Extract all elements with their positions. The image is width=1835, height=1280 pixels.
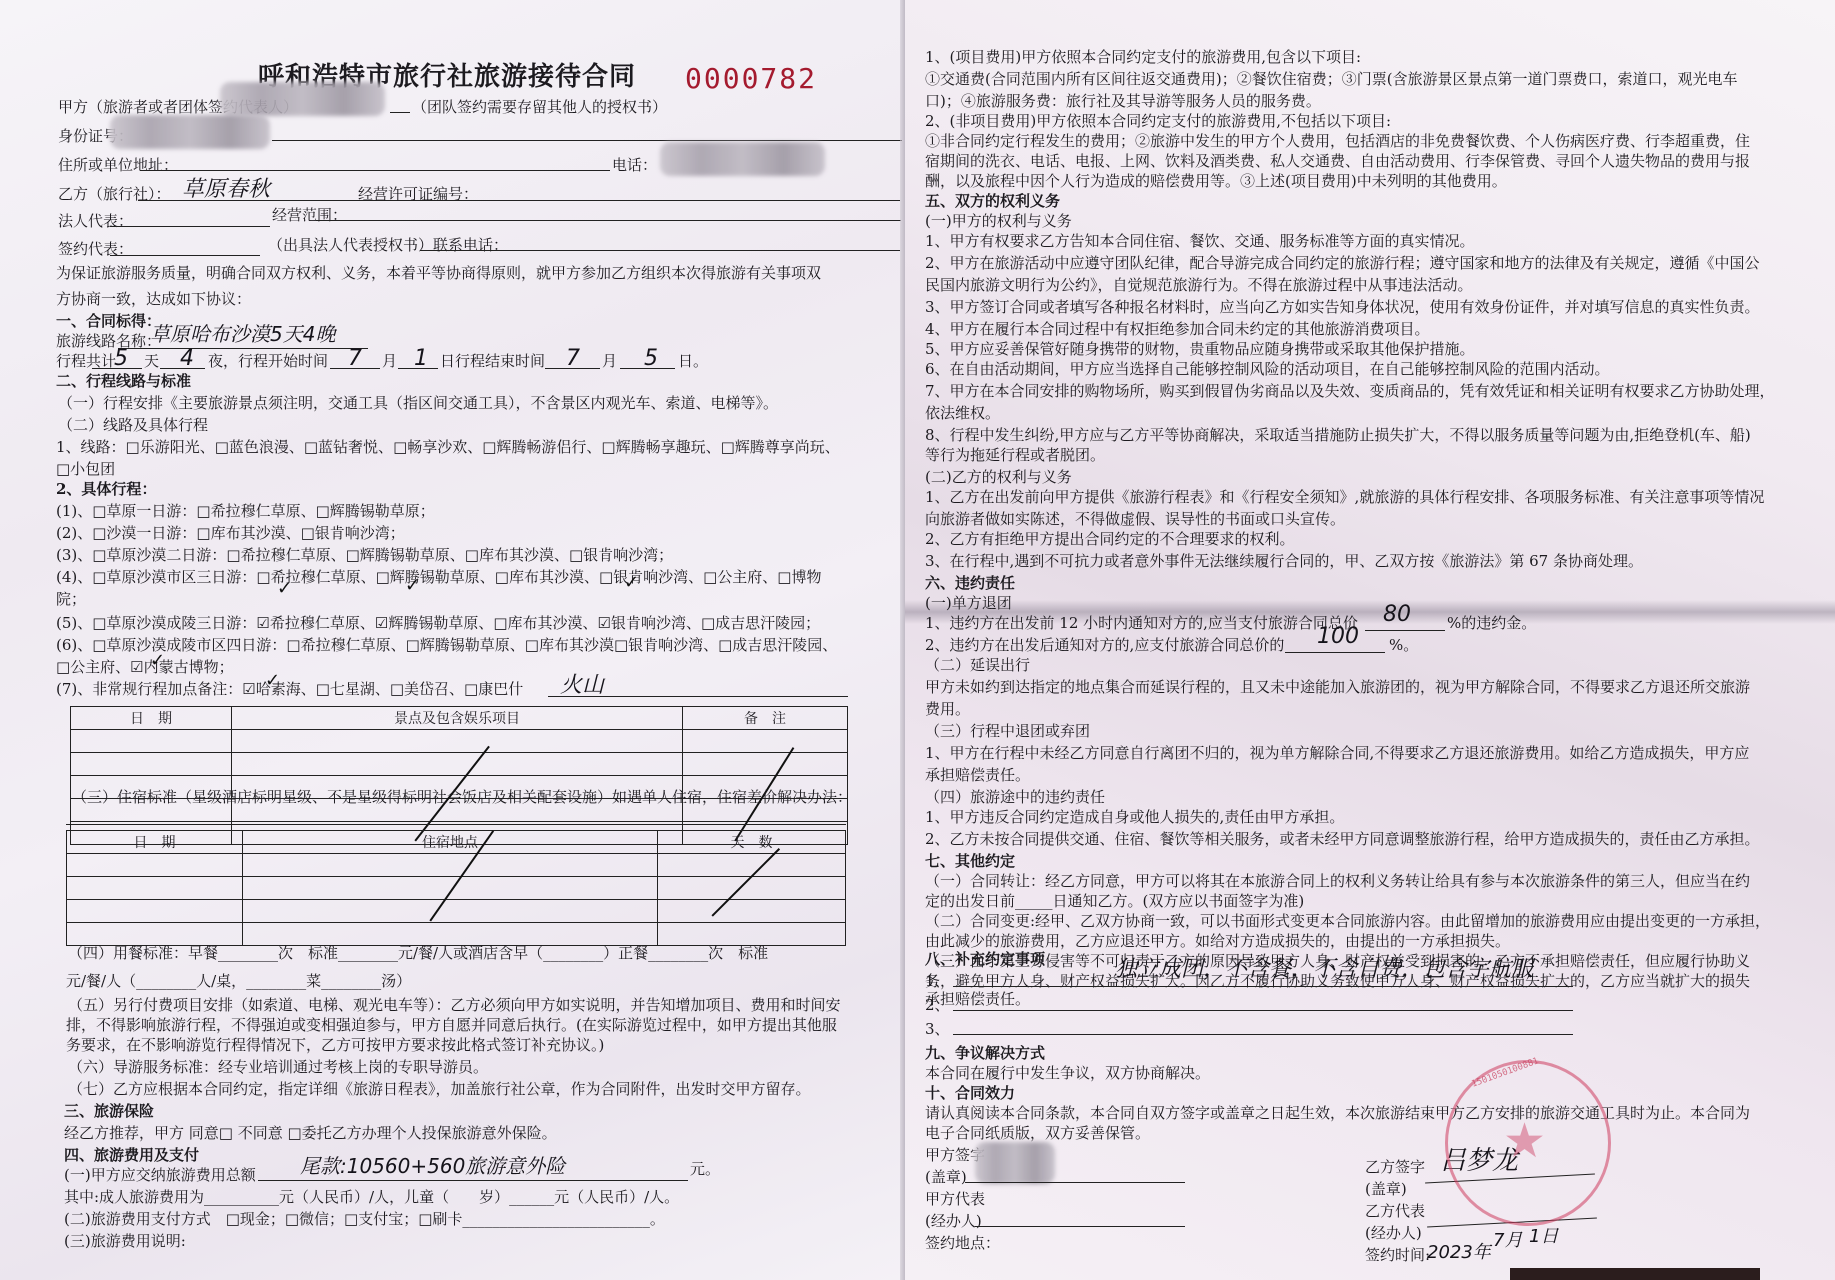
phone-label: 电话： (612, 156, 657, 175)
sign-date-day: 1日 (1529, 1222, 1558, 1248)
col-date: 日 期 (67, 831, 243, 854)
end-month: 7 (566, 346, 580, 371)
scope-field[interactable] (316, 220, 901, 221)
license-field[interactable] (440, 200, 900, 201)
itinerary-item: (1)、□草原一日游：□希拉穆仁草原、□辉腾锡勒草原； (56, 502, 435, 521)
extra-fee-line-2: 排，不得影响旅游行程，不得强迫或变相强迫参与，甲方自愿并同意后执行。(在实际游览… (66, 1016, 837, 1035)
contact-phone-field[interactable] (420, 250, 900, 251)
itinerary-item: (6)、□草原沙漠成陵市区四日游：□希拉穆仁草原、□辉腾锡勒草原、□库布其沙漠□… (56, 636, 837, 655)
dispute-text: 本合同在履行中发生争议，双方协商解决。 (925, 1064, 1210, 1083)
col-attractions: 景点及包含娱乐项目 (232, 707, 683, 730)
sign-b-date-label: 签约时间: (1365, 1246, 1430, 1265)
section-2-heading: 二、行程线路与标准 (56, 372, 191, 391)
end-label: 日行程结束时间 (440, 352, 545, 371)
address-label: 住所或单位地址： (58, 156, 178, 175)
meals-line-1: （四）用餐标准：早餐________次 标准________元/餐/人或酒店含早… (68, 944, 768, 963)
meals-line-2: 元/餐/人（________人/桌，________菜________汤） (66, 972, 411, 991)
sign-a-place-label: 签约地点： (925, 1234, 1000, 1253)
section-8-heading: 八、补充约定事项 (925, 950, 1045, 969)
extra-fee-line-1: （五）另行付费项目安排（如索道、电梯、观光电车等）：乙方必须向甲方如实说明，并告… (68, 996, 841, 1015)
legal-rep-field[interactable] (110, 226, 270, 227)
total-fee-field[interactable] (258, 1180, 688, 1181)
check-mark-icon: ✓ (624, 572, 639, 593)
sign-b-signature-label: 乙方签字 (1365, 1158, 1425, 1177)
address-field[interactable] (140, 170, 610, 171)
days-value: 5 (114, 346, 128, 371)
routes-line-2: □小包团 (56, 460, 115, 479)
nights-unit: 夜，行程开始时间 (208, 352, 328, 371)
routes-line-1: 1、线路：□乐游阳光、□蓝色浪漫、□蓝钻奢悦、□畅享沙欢、□辉腾畅游侣行、□辉腾… (56, 438, 840, 457)
start-month-unit: 月 (382, 352, 397, 371)
check-mark-icon: ✓ (405, 575, 420, 596)
start-day: 1 (414, 346, 428, 371)
background-object (1510, 1268, 1760, 1280)
license-label: 经营许可证编号： (358, 185, 478, 204)
route-field[interactable] (118, 348, 368, 349)
check-mark-icon: ✓ (265, 670, 280, 691)
fee-notes: (三)旅游费用说明: (64, 1232, 186, 1251)
section-2-sub-2: （二）线路及具体行程 (58, 416, 208, 435)
col-location: 住宿地点 (243, 831, 658, 854)
party-a-note: （团队签约需要存留其他人的授权书） (412, 98, 667, 117)
sign-a-handler-field[interactable] (975, 1226, 1185, 1227)
supplement-label-3: 3、 (925, 1020, 950, 1039)
validity-text-1: 请认真阅读本合同条款，本合同自双方签字或盖章之日起生效，本次旅游结束甲方乙方安排… (925, 1104, 1750, 1123)
end-day: 5 (644, 346, 658, 371)
supplement-label-2: 2、 (925, 996, 950, 1015)
sign-date-month: 7月 (1493, 1226, 1522, 1252)
start-month: 7 (348, 346, 362, 371)
supplement-field-3[interactable] (953, 1034, 1573, 1035)
guide-standard: （六）导游服务标准：经专业培训通过考核上岗的专职导游员。 (68, 1058, 488, 1077)
lodging-field[interactable] (66, 824, 846, 825)
sign-a-seal-label: (盖章) (925, 1168, 967, 1187)
sign-date-year: 2023年 (1427, 1238, 1491, 1264)
section-4-heading: 四、旅游费用及支付 (64, 1146, 199, 1165)
check-mark-icon: ✓ (150, 650, 165, 671)
end-day-unit: 日。 (678, 352, 708, 371)
itinerary-item: (5)、□草原沙漠成陵三日游：☑希拉穆仁草原、☑辉腾锡勒草原、□库布其沙漠、☑银… (56, 614, 820, 633)
id-field[interactable] (272, 140, 902, 141)
contract-page-right-final: 八、补充约定事项 1、 独立成团，不含餐，不含自费，包含宇航服 2、 3、 九、… (905, 0, 1835, 1280)
sign-b-handler-label: (经办人) (1365, 1224, 1422, 1243)
itinerary-item: (3)、□草原沙漠二日游：□希拉穆仁草原、□辉腾锡勒草原、□库布其沙漠、□银肯响… (56, 546, 673, 565)
col-nights: 天 数 (658, 831, 846, 854)
itinerary-item: (7)、非常规行程加点备注：☑哈素海、□七星湖、□美岱召、□康巴什 (56, 680, 523, 699)
serial-number: 0000782 (685, 62, 817, 95)
party-b-value: 草原春秋 (182, 172, 270, 203)
validity-text-2: 电子合同纸质版，双方妥善保管。 (925, 1124, 1150, 1143)
end-month-unit: 月 (602, 352, 617, 371)
total-fee-value: 尾款:10560+560旅游意外险 (300, 1150, 565, 1179)
section-10-heading: 十、合同效力 (925, 1084, 1015, 1103)
section-2-sub-1: （一）行程安排《主要旅游景点须注明，交通工具（指区间交通工具），不含景区内观光车… (58, 394, 778, 413)
itinerary-item: (4)、□草原沙漠市区三日游：□希拉穆仁草原、□辉腾锡勒草原、□库布其沙漠、□银… (56, 568, 821, 587)
sign-a-seal-field[interactable] (965, 1182, 1185, 1183)
col-remarks: 备 注 (683, 707, 848, 730)
sign-b-seal-label: (盖章) (1365, 1180, 1407, 1199)
check-mark-icon: ✓ (277, 578, 292, 599)
schedule-note: （七）乙方应根据本合同约定，指定详细《旅游日程表》，加盖旅行社公章，作为合同附件… (68, 1080, 811, 1099)
preamble-line-2: 方协商一致，达成如下协议： (56, 290, 251, 309)
redacted-party-a-signature (975, 1142, 1055, 1184)
payment-methods: (二)旅游费用支付方式 □现金；□微信；□支付宝；□刷卡____________… (64, 1210, 665, 1229)
total-fee-unit: 元。 (690, 1160, 720, 1179)
signing-rep-note: （出具法人代表授权书）联系电话： (268, 236, 508, 255)
redacted-id-number (110, 115, 270, 149)
insurance-text: 经乙方推荐，甲方 同意□ 不同意 □委托乙方办理个人投保旅游意外保险。 (64, 1124, 557, 1143)
supplement-field-1[interactable] (953, 986, 1573, 987)
redacted-party-a-name (220, 82, 385, 116)
itinerary-item: □公主府、☑内蒙古博物； (56, 658, 234, 677)
nights-value: 4 (180, 346, 194, 371)
lodging-table: 日 期 住宿地点 天 数 (66, 830, 846, 946)
section-9-heading: 九、争议解决方式 (925, 1044, 1045, 1063)
party-b-label: 乙方（旅行社）： (58, 185, 171, 204)
itinerary-item: (2)、□沙漠一日游：□库布其沙漠、□银肯响沙湾； (56, 524, 405, 543)
section-1-heading: 一、合同标得： (56, 312, 161, 331)
preamble-line-1: 为保证旅游服务质量，明确合同双方权利、义务，本着平等协商得原则，就甲方参加乙方组… (56, 264, 821, 283)
fee-breakdown: 其中:成人旅游费用为__________元（人民币）/人，儿童（ 岁）_____… (64, 1188, 679, 1207)
section-3-heading: 三、旅游保险 (64, 1102, 154, 1121)
days-unit: 天 (144, 352, 159, 371)
legal-rep-label: 法人代表： (58, 212, 133, 231)
itinerary-item: 院； (56, 590, 86, 609)
route-value: 草原哈布沙漠5天4晚 (150, 318, 335, 347)
supplement-field-2[interactable] (953, 1010, 1573, 1011)
sign-b-rep-label: 乙方代表 (1365, 1202, 1425, 1221)
supplement-label-1: 1、 (925, 972, 950, 991)
scope-label: 经营范围： (272, 206, 347, 225)
total-fee-label: (一)甲方应交纳旅游费用总额 (64, 1166, 256, 1185)
sign-a-handler-label: (经办人) (925, 1212, 982, 1231)
company-seal: ★ (1445, 1060, 1611, 1226)
signing-rep-label: 签约代表： (58, 240, 133, 259)
detail-heading: 2、具体行程： (56, 480, 156, 499)
redacted-phone (660, 142, 825, 176)
lodging-standard: （三）住宿标准（星级酒店标明星级、不是星级得标明社会饭店及相关配套设施）如遇单人… (72, 788, 852, 807)
col-date: 日 期 (71, 707, 232, 730)
extra-note-value: 火山 (560, 668, 604, 699)
contract-page-left: 呼和浩特市旅行社旅游接待合同 0000782 甲方（旅游者或者团体签约代表人） … (0, 0, 905, 1280)
star-icon: ★ (1503, 1113, 1546, 1169)
signing-rep-field[interactable] (110, 255, 260, 256)
supplement-value-1: 独立成团，不含餐，不含自费，包含宇航服 (1115, 952, 1533, 983)
extra-fee-line-3: 务要求，在不影响游览行程得情况下，乙方可按甲方要求按此格式签订补充协议。) (66, 1036, 604, 1055)
sign-a-rep-label: 甲方代表 (925, 1190, 985, 1209)
